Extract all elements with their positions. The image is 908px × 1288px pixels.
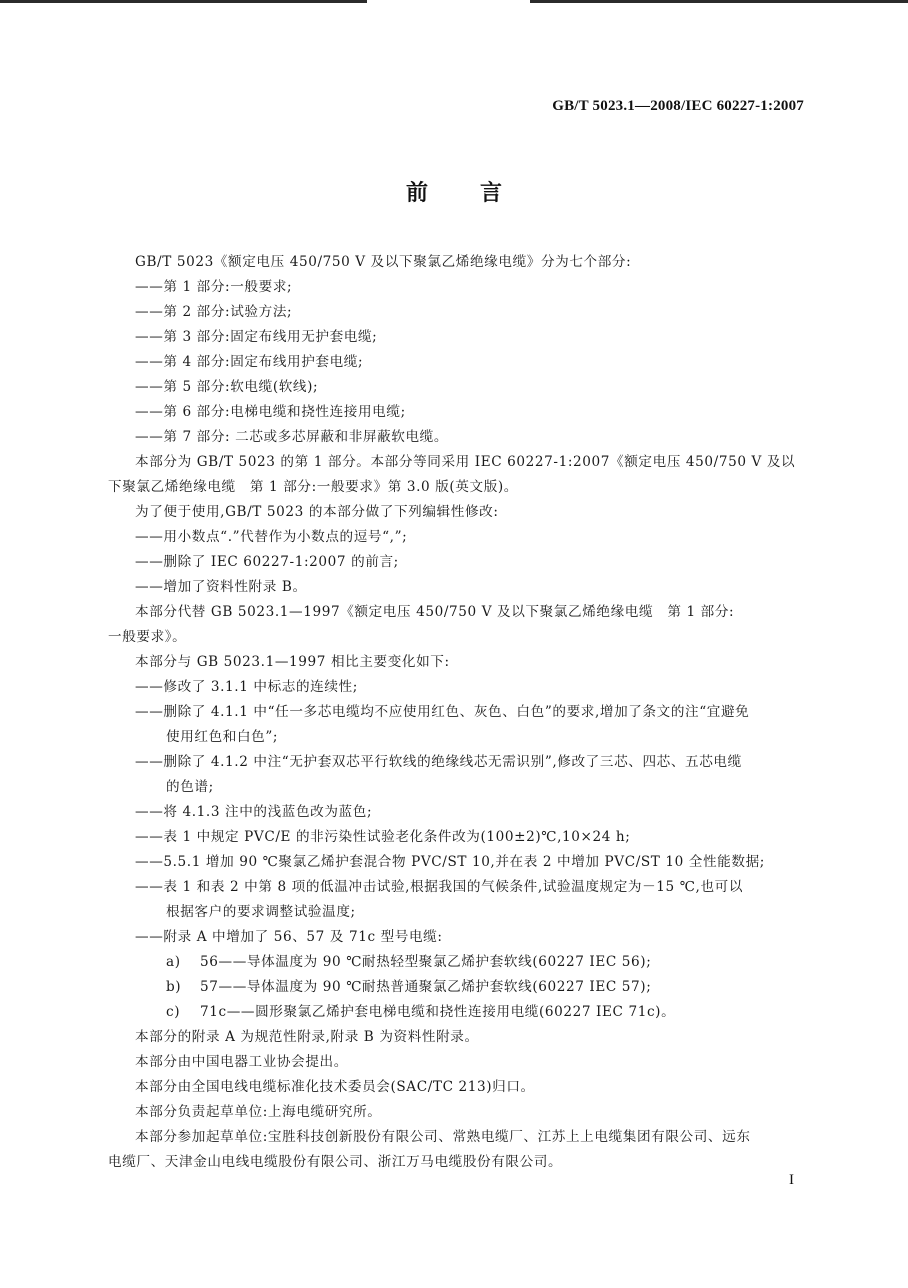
document-body: GB/T 5023《额定电压 450/750 V 及以下聚氯乙烯绝缘电缆》分为七… xyxy=(108,250,808,1175)
list-item: ——第 6 部分:电梯电缆和挠性连接用电缆; xyxy=(108,400,808,425)
list-item-continuation: 的色谱; xyxy=(108,775,808,800)
list-item: ——第 1 部分:一般要求; xyxy=(108,275,808,300)
list-item: ——第 2 部分:试验方法; xyxy=(108,300,808,325)
sub-list-text: 57——导体温度为 90 ℃耐热普通聚氯乙烯护套软线(60227 IEC 57)… xyxy=(200,979,651,995)
sub-list-item: b)57——导体温度为 90 ℃耐热普通聚氯乙烯护套软线(60227 IEC 5… xyxy=(108,975,808,1000)
list-item: ——将 4.1.3 注中的浅蓝色改为蓝色; xyxy=(108,800,808,825)
paragraph-line: 本部分由全国电线电缆标准化技术委员会(SAC/TC 213)归口。 xyxy=(108,1075,808,1100)
list-item: ——第 4 部分:固定布线用护套电缆; xyxy=(108,350,808,375)
list-item: ——5.5.1 增加 90 ℃聚氯乙烯护套混合物 PVC/ST 10,并在表 2… xyxy=(108,850,808,875)
paragraph-continuation: 一般要求》。 xyxy=(108,625,808,650)
list-item: ——表 1 中规定 PVC/E 的非污染性试验老化条件改为(100±2)℃,10… xyxy=(108,825,808,850)
top-border-right xyxy=(530,0,908,3)
page-title: 前言 xyxy=(0,176,908,207)
list-item-continuation: 根据客户的要求调整试验温度; xyxy=(108,900,808,925)
list-item: ——删除了 4.1.2 中注“无护套双芯平行软线的绝缘线芯无需识别”,修改了三芯… xyxy=(108,750,808,775)
paragraph-line: 本部分负责起草单位:上海电缆研究所。 xyxy=(108,1100,808,1125)
list-item: ——第 5 部分:软电缆(软线); xyxy=(108,375,808,400)
list-item: ——附录 A 中增加了 56、57 及 71c 型号电缆: xyxy=(108,925,808,950)
paragraph-line: 本部分由中国电器工业协会提出。 xyxy=(108,1050,808,1075)
paragraph-line: 本部分为 GB/T 5023 的第 1 部分。本部分等同采用 IEC 60227… xyxy=(108,450,808,475)
top-border-left xyxy=(0,0,367,3)
list-item: ——删除了 IEC 60227-1:2007 的前言; xyxy=(108,550,808,575)
sub-list-label: b) xyxy=(166,975,200,1000)
list-item: ——表 1 和表 2 中第 8 项的低温冲击试验,根据我国的气候条件,试验温度规… xyxy=(108,875,808,900)
paragraph-line: 为了便于使用,GB/T 5023 的本部分做了下列编辑性修改: xyxy=(108,500,808,525)
paragraph-continuation: 电缆厂、天津金山电线电缆股份有限公司、浙江万马电缆股份有限公司。 xyxy=(108,1150,808,1175)
paragraph-line: 本部分参加起草单位:宝胜科技创新股份有限公司、常熟电缆厂、江苏上上电缆集团有限公… xyxy=(108,1125,808,1150)
paragraph-line: GB/T 5023《额定电压 450/750 V 及以下聚氯乙烯绝缘电缆》分为七… xyxy=(108,250,808,275)
sub-list-text: 56——导体温度为 90 ℃耐热轻型聚氯乙烯护套软线(60227 IEC 56)… xyxy=(200,954,651,970)
paragraph-line: 本部分代替 GB 5023.1—1997《额定电压 450/750 V 及以下聚… xyxy=(108,600,808,625)
list-item: ——用小数点“.”代替作为小数点的逗号“,”; xyxy=(108,525,808,550)
sub-list-item: a)56——导体温度为 90 ℃耐热轻型聚氯乙烯护套软线(60227 IEC 5… xyxy=(108,950,808,975)
page-number: I xyxy=(789,1172,794,1189)
list-item: ——删除了 4.1.1 中“任一多芯电缆均不应使用红色、灰色、白色”的要求,增加… xyxy=(108,700,808,725)
paragraph-line: 本部分与 GB 5023.1—1997 相比主要变化如下: xyxy=(108,650,808,675)
list-item: ——修改了 3.1.1 中标志的连续性; xyxy=(108,675,808,700)
sub-list-label: a) xyxy=(166,950,200,975)
standard-code-header: GB/T 5023.1—2008/IEC 60227-1:2007 xyxy=(552,98,804,115)
list-item: ——第 3 部分:固定布线用无护套电缆; xyxy=(108,325,808,350)
paragraph-line: 本部分的附录 A 为规范性附录,附录 B 为资料性附录。 xyxy=(108,1025,808,1050)
sub-list-text: 71c——圆形聚氯乙烯护套电梯电缆和挠性连接用电缆(60227 IEC 71c)… xyxy=(200,1004,675,1020)
list-item: ——第 7 部分: 二芯或多芯屏蔽和非屏蔽软电缆。 xyxy=(108,425,808,450)
sub-list-item: c)71c——圆形聚氯乙烯护套电梯电缆和挠性连接用电缆(60227 IEC 71… xyxy=(108,1000,808,1025)
list-item: ——增加了资料性附录 B。 xyxy=(108,575,808,600)
sub-list-label: c) xyxy=(166,1000,200,1025)
paragraph-continuation: 下聚氯乙烯绝缘电缆 第 1 部分:一般要求》第 3.0 版(英文版)。 xyxy=(108,475,808,500)
list-item-continuation: 使用红色和白色”; xyxy=(108,725,808,750)
